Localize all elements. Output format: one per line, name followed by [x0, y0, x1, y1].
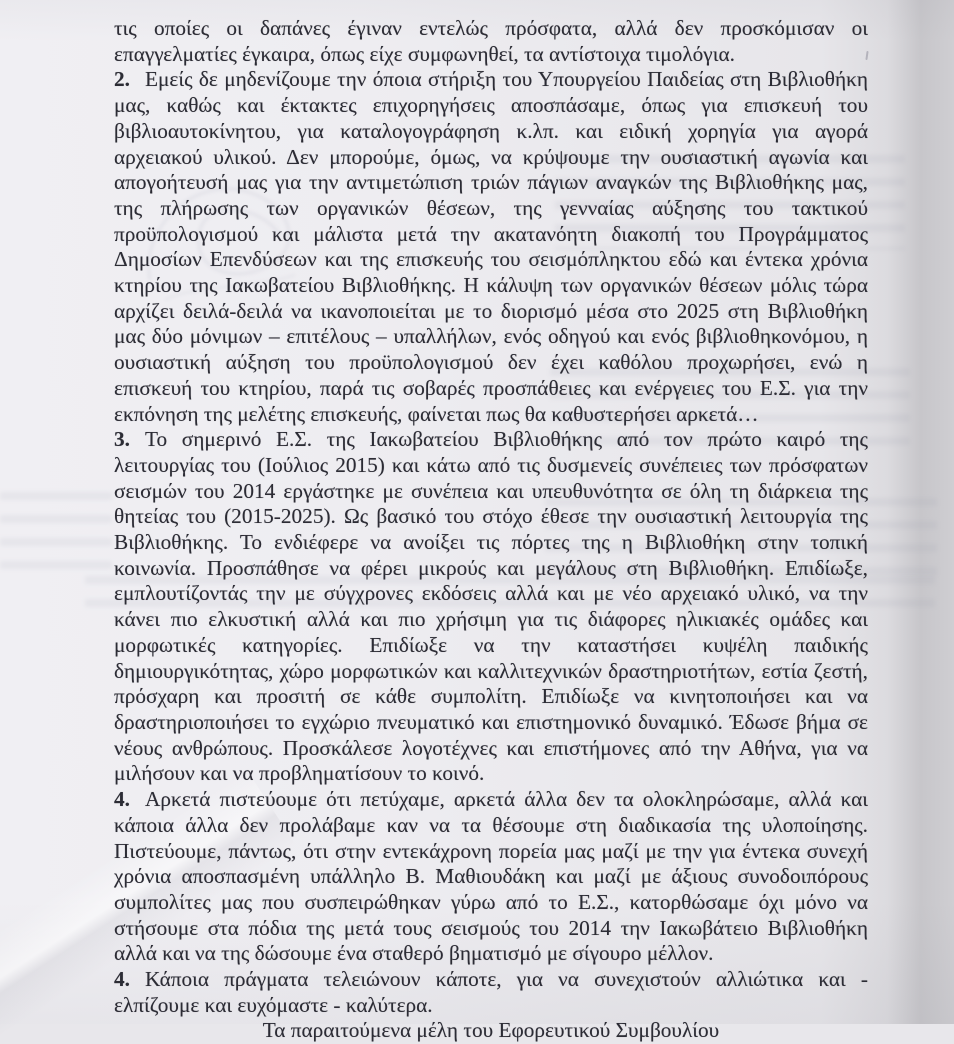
paragraph: 2.Εμείς δε μηδενίζουμε την όποια στήριξη…	[114, 67, 868, 427]
paragraph: τις οποίες οι δαπάνες έγιναν εντελώς πρό…	[114, 16, 868, 67]
paragraph: 3.Το σημερινό Ε.Σ. της Ιακωβατείου Βιβλι…	[114, 427, 868, 787]
scanned-page: τις οποίες οι δαπάνες έγιναν εντελώς πρό…	[0, 0, 954, 1024]
paragraph: 4.Αρκετά πιστεύουμε ότι πετύχαμε, αρκετά…	[114, 787, 868, 967]
paragraph-number: 3.	[114, 427, 130, 451]
paragraph: 4.Κάποια πράγματα τελειώνουν κάποτε, για…	[114, 967, 868, 1018]
closing-line: Τα παραιτούμενα μέλη του Εφορευτικού Συμ…	[114, 1018, 868, 1024]
paragraph-text: τις οποίες οι δαπάνες έγιναν εντελώς πρό…	[114, 16, 868, 66]
paragraph-text: Εμείς δε μηδενίζουμε την όποια στήριξη τ…	[114, 67, 868, 425]
paragraph-text: Το σημερινό Ε.Σ. της Ιακωβατείου Βιβλιοθ…	[114, 427, 868, 785]
paragraph-number: 2.	[114, 67, 130, 91]
paragraph-text: Αρκετά πιστεύουμε ότι πετύχαμε, αρκετά ά…	[114, 787, 868, 965]
paragraph-number: 4.	[114, 967, 130, 991]
paragraph-text: Κάποια πράγματα τελειώνουν κάποτε, για ν…	[114, 967, 868, 1017]
paragraph-number: 4.	[114, 787, 130, 811]
showthrough-artifact	[0, 492, 112, 574]
document-body: τις οποίες οι δαπάνες έγιναν εντελώς πρό…	[114, 16, 868, 1024]
